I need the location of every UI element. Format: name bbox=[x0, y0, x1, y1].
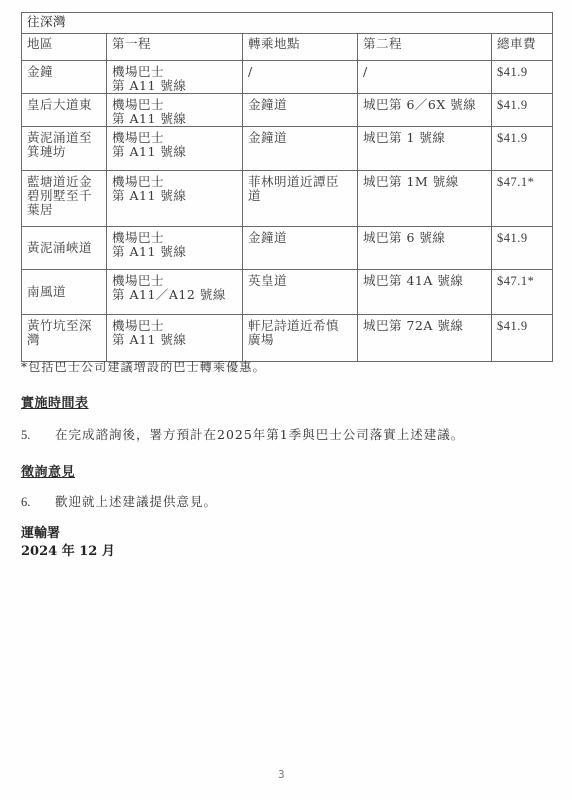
cell-interchange: 金鐘道 bbox=[243, 227, 358, 270]
cell-area: 黃泥涌道至箕璉坊 bbox=[22, 127, 107, 171]
table-row: 金鐘 機場巴士第 A11 號線 / / $41.9 bbox=[22, 61, 553, 94]
table-title-row: 往深灣 bbox=[22, 13, 553, 34]
cell-second-leg: 城巴第 6 號線 bbox=[358, 227, 492, 270]
table-row: 黃竹坑至深灣 機場巴士第 A11 號線 軒尼詩道近希慎廣場 城巴第 72A 號線… bbox=[22, 315, 553, 362]
table-title: 往深灣 bbox=[22, 13, 553, 34]
cell-first-leg: 機場巴士第 A11 號線 bbox=[107, 127, 243, 171]
cell-first-leg: 機場巴士第 A11 號線 bbox=[107, 227, 243, 270]
cell-area: 黃竹坑至深灣 bbox=[22, 315, 107, 362]
cell-area: 黃泥涌峽道 bbox=[22, 227, 107, 270]
fare-table: 往深灣 地區 第一程 轉乘地點 第二程 總車費 金鐘 機場巴士第 A11 號線 … bbox=[21, 12, 553, 362]
cell-first-leg: 機場巴士第 A11 號線 bbox=[107, 171, 243, 227]
cell-fare: $47.1* bbox=[492, 171, 553, 227]
paragraph-number: 6. bbox=[21, 495, 55, 510]
table-row: 黃泥涌道至箕璉坊 機場巴士第 A11 號線 金鐘道 城巴第 1 號線 $41.9 bbox=[22, 127, 553, 171]
cell-second-leg: / bbox=[358, 61, 492, 94]
cell-interchange: 金鐘道 bbox=[243, 127, 358, 171]
cell-second-leg: 城巴第 6／6X 號線 bbox=[358, 94, 492, 127]
table-footnote: *包括巴士公司建議增設的巴士轉乘優惠。 bbox=[21, 358, 266, 375]
cell-second-leg: 城巴第 1 號線 bbox=[358, 127, 492, 171]
cell-second-leg: 城巴第 72A 號線 bbox=[358, 315, 492, 362]
paragraph-6: 6.歡迎就上述建議提供意見。 bbox=[21, 492, 217, 510]
cell-area: 藍塘道近金碧別墅至千葉居 bbox=[22, 171, 107, 227]
cell-first-leg: 機場巴士第 A11 號線 bbox=[107, 94, 243, 127]
section-heading-timeline: 實施時間表 bbox=[21, 392, 89, 411]
cell-first-leg: 機場巴士第 A11 號線 bbox=[107, 315, 243, 362]
cell-interchange: 英皇道 bbox=[243, 270, 358, 315]
signature-department: 運輸署 bbox=[21, 522, 60, 541]
cell-fare: $41.9 bbox=[492, 315, 553, 362]
cell-fare: $41.9 bbox=[492, 227, 553, 270]
section-heading-consultation: 徵詢意見 bbox=[21, 461, 75, 480]
cell-second-leg: 城巴第 41A 號線 bbox=[358, 270, 492, 315]
document-page: 往深灣 地區 第一程 轉乘地點 第二程 總車費 金鐘 機場巴士第 A11 號線 … bbox=[0, 0, 572, 800]
header-total-fare: 總車費 bbox=[492, 34, 553, 61]
paragraph-text: 歡迎就上述建議提供意見。 bbox=[55, 494, 217, 509]
cell-area: 皇后大道東 bbox=[22, 94, 107, 127]
cell-interchange: / bbox=[243, 61, 358, 94]
cell-area: 南風道 bbox=[22, 270, 107, 315]
page-number: 3 bbox=[278, 768, 285, 781]
cell-fare: $47.1* bbox=[492, 270, 553, 315]
header-interchange: 轉乘地點 bbox=[243, 34, 358, 61]
cell-fare: $41.9 bbox=[492, 127, 553, 171]
table-row: 藍塘道近金碧別墅至千葉居 機場巴士第 A11 號線 菲林明道近譚臣道 城巴第 1… bbox=[22, 171, 553, 227]
cell-second-leg: 城巴第 1M 號線 bbox=[358, 171, 492, 227]
cell-first-leg: 機場巴士第 A11 號線 bbox=[107, 61, 243, 94]
cell-fare: $41.9 bbox=[492, 94, 553, 127]
header-second-leg: 第二程 bbox=[358, 34, 492, 61]
signature-date: 2024 年 12 月 bbox=[21, 540, 115, 559]
table-row: 黃泥涌峽道 機場巴士第 A11 號線 金鐘道 城巴第 6 號線 $41.9 bbox=[22, 227, 553, 270]
cell-interchange: 軒尼詩道近希慎廣場 bbox=[243, 315, 358, 362]
cell-area: 金鐘 bbox=[22, 61, 107, 94]
cell-interchange: 金鐘道 bbox=[243, 94, 358, 127]
paragraph-number: 5. bbox=[21, 428, 55, 443]
paragraph-text: 在完成諮詢後，署方預計在2025年第1季與巴士公司落實上述建議。 bbox=[55, 427, 464, 442]
header-first-leg: 第一程 bbox=[107, 34, 243, 61]
cell-first-leg: 機場巴士第 A11／A12 號線 bbox=[107, 270, 243, 315]
cell-fare: $41.9 bbox=[492, 61, 553, 94]
cell-interchange: 菲林明道近譚臣道 bbox=[243, 171, 358, 227]
paragraph-5: 5.在完成諮詢後，署方預計在2025年第1季與巴士公司落實上述建議。 bbox=[21, 425, 464, 443]
table-row: 南風道 機場巴士第 A11／A12 號線 英皇道 城巴第 41A 號線 $47.… bbox=[22, 270, 553, 315]
table-header-row: 地區 第一程 轉乘地點 第二程 總車費 bbox=[22, 34, 553, 61]
header-area: 地區 bbox=[22, 34, 107, 61]
table-row: 皇后大道東 機場巴士第 A11 號線 金鐘道 城巴第 6／6X 號線 $41.9 bbox=[22, 94, 553, 127]
